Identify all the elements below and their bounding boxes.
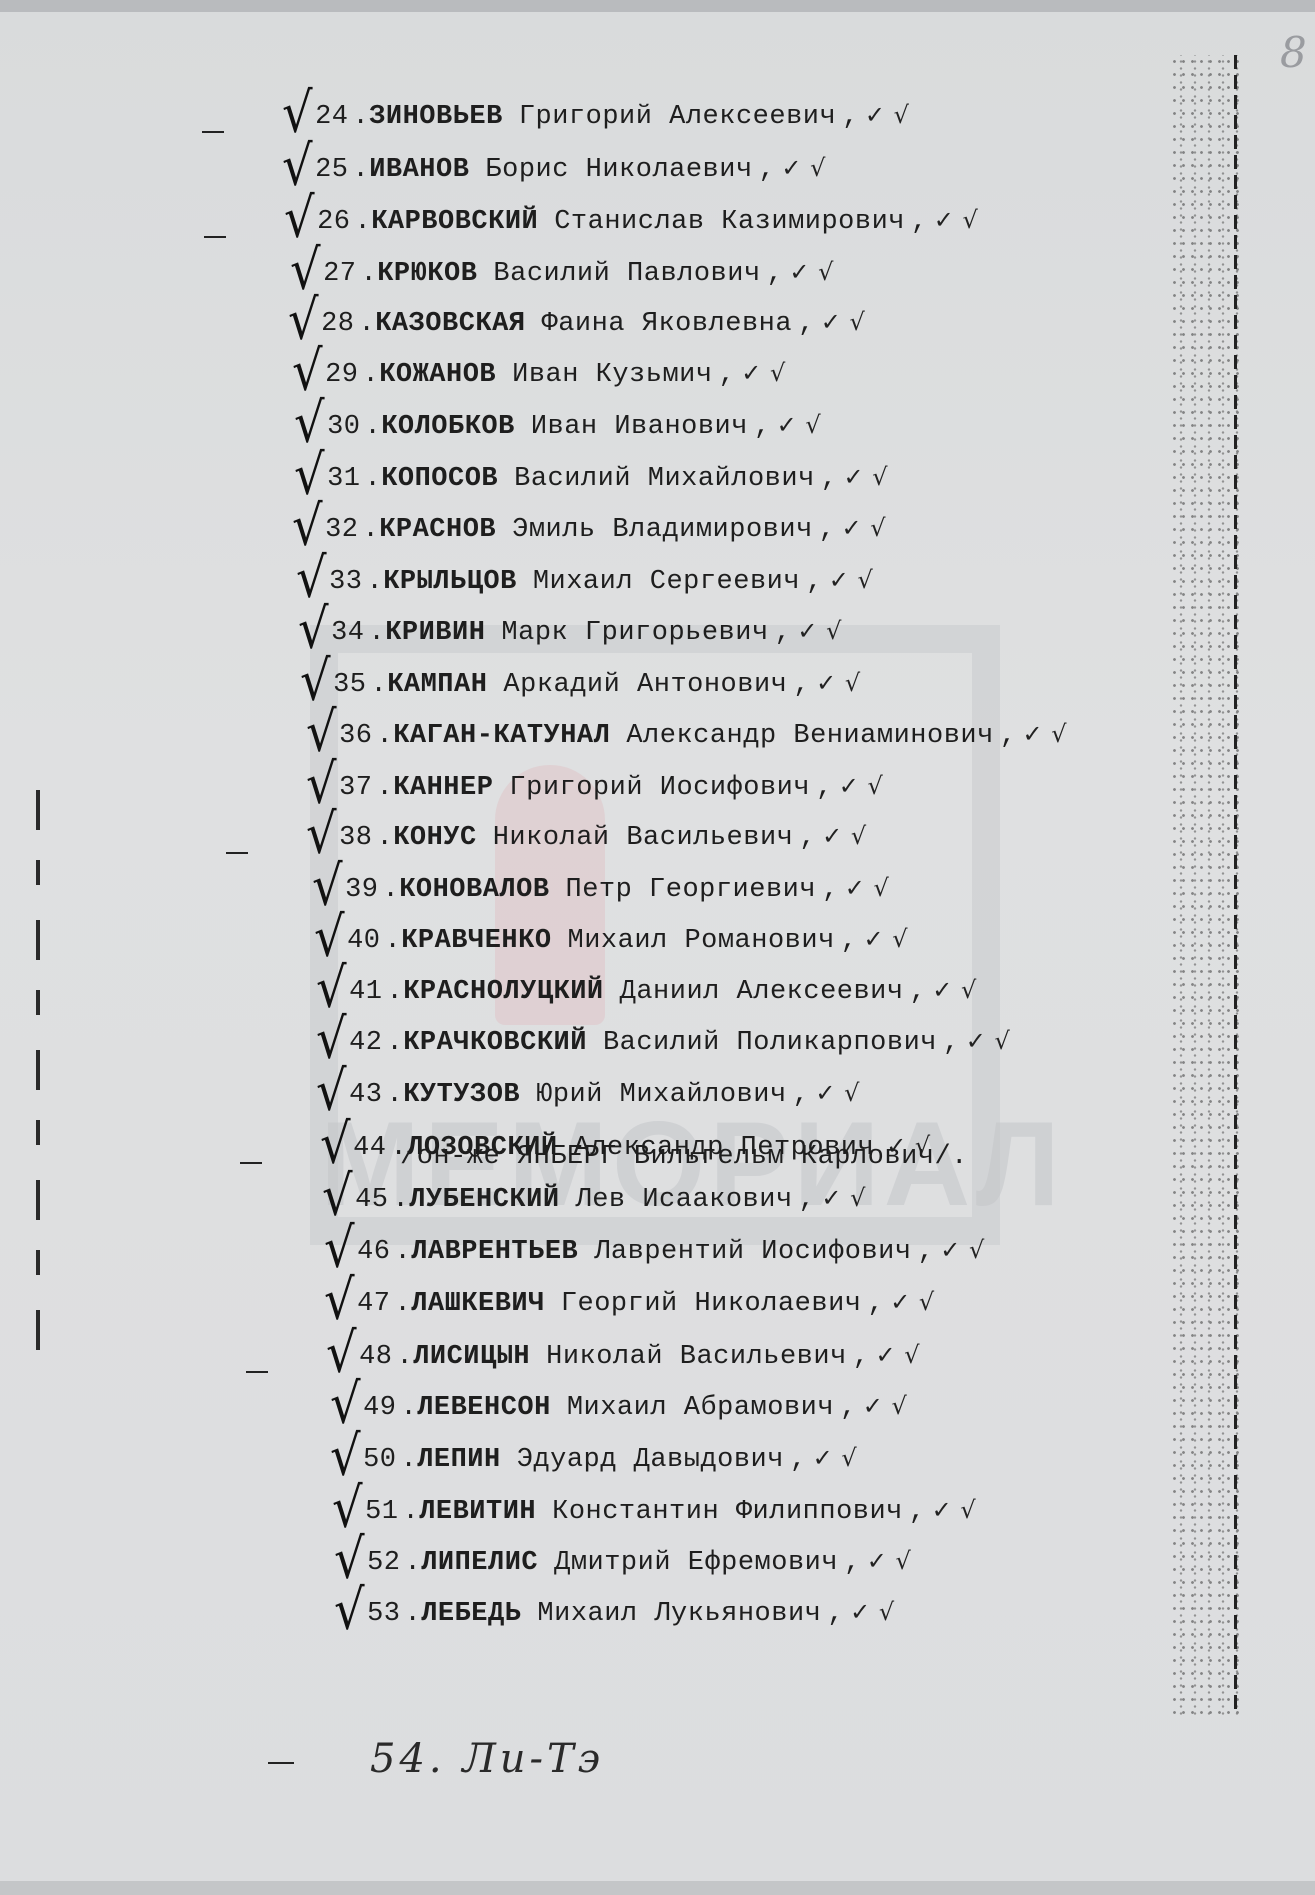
number-separator: . (403, 1497, 420, 1527)
list-item: √50.ЛЕПИНЭдуард Давыдович,✓ √ (330, 1428, 857, 1484)
list-item: √53.ЛЕБЕДЬМихаил Лукьянович,✓ √ (334, 1582, 895, 1638)
surname: КРЫЛЬЦОВ (383, 567, 517, 597)
entry-terminator: , (790, 1445, 807, 1475)
given-name-patronymic: Константин Филиппович (552, 1497, 903, 1527)
list-item: √24.ЗИНОВЬЕВГригорий Алексеевич,✓ √ (282, 85, 909, 141)
entry-number: 32 (325, 515, 358, 545)
verification-check-icon: ✓ √ (875, 1341, 920, 1369)
entry-number: 51 (365, 1497, 398, 1527)
entry-number: 50 (363, 1445, 396, 1475)
list-item: √48.ЛИСИЦЫННиколай Васильевич,✓ √ (326, 1325, 920, 1381)
list-item: √42.КРАЧКОВСКИЙВасилий Поликарпович,✓ √ (316, 1011, 1010, 1067)
verification-check-icon: ✓ √ (845, 874, 890, 902)
surname: КАМПАН (387, 670, 487, 700)
verification-check-icon: ✓ √ (815, 1079, 860, 1107)
entry-number: 36 (339, 721, 372, 751)
number-separator: . (401, 1445, 418, 1475)
list-item: √27.КРЮКОВВасилий Павлович,✓ √ (290, 242, 834, 298)
entry-terminator: , (754, 412, 771, 442)
list-item: √51.ЛЕВИТИНКонстантин Филиппович,✓ √ (332, 1480, 976, 1536)
entry-terminator: , (775, 618, 792, 648)
verification-check-icon: ✓ √ (816, 669, 861, 697)
given-name-patronymic: Дмитрий Ефремович (554, 1548, 838, 1578)
surname: КОПОСОВ (381, 464, 498, 494)
margin-dash-mark (202, 131, 224, 133)
verification-check-icon: ✓ √ (822, 822, 867, 850)
list-item: √28.КАЗОВСКАЯФаина Яковлевна,✓ √ (288, 292, 865, 348)
list-item: √32.КРАСНОВЭмиль Владимирович,✓ √ (292, 498, 886, 554)
number-separator: . (385, 926, 402, 956)
given-name-patronymic: Петр Георгиевич (566, 875, 817, 905)
entry-terminator: , (822, 875, 839, 905)
verification-check-icon: ✓ √ (741, 359, 786, 387)
list-item: √39.КОНОВАЛОВПетр Георгиевич,✓ √ (312, 858, 889, 914)
number-separator: . (355, 207, 372, 237)
given-name-patronymic: Лаврентий Иосифович (594, 1237, 911, 1267)
list-item: √43.КУТУЗОВЮрий Михайлович,✓ √ (316, 1063, 860, 1119)
number-separator: . (393, 1185, 410, 1215)
given-name-patronymic: Александр Вениаминович (626, 721, 993, 751)
verification-check-icon: ✓ √ (863, 1392, 908, 1420)
number-separator: . (365, 412, 382, 442)
entry-number: 35 (333, 670, 366, 700)
number-separator: . (387, 1028, 404, 1058)
entry-terminator: , (799, 823, 816, 853)
surname: ЛАШКЕВИЧ (411, 1289, 545, 1319)
number-separator: . (401, 1393, 418, 1423)
given-name-patronymic: Михаил Романович (568, 926, 835, 956)
list-item: √25.ИВАНОВБорис Николаевич,✓ √ (282, 138, 826, 194)
entry-terminator: , (719, 360, 736, 390)
margin-dash-mark (268, 1762, 294, 1764)
verification-check-icon: ✓ √ (932, 976, 977, 1004)
entry-number: 24 (315, 102, 348, 132)
list-item: √36.КАГАН-КАТУНАЛАлександр Вениаминович,… (306, 704, 1067, 760)
list-item: √40.КРАВЧЕНКОМихаил Романович,✓ √ (314, 909, 908, 965)
given-name-patronymic: Аркадий Антонович (503, 670, 787, 700)
given-name-patronymic: Василий Поликарпович (603, 1028, 937, 1058)
verification-check-icon: ✓ √ (829, 566, 874, 594)
entry-number: 42 (349, 1028, 382, 1058)
entry-terminator: , (918, 1237, 935, 1267)
given-name-patronymic: Григорий Иосифович (509, 773, 810, 803)
entry-terminator: , (841, 926, 858, 956)
given-name-patronymic: Василий Павлович (493, 259, 760, 289)
entry-number: 48 (359, 1342, 392, 1372)
entry-number: 27 (323, 259, 356, 289)
entry-number: 44 (353, 1133, 386, 1163)
verification-check-icon: ✓ √ (934, 206, 979, 234)
given-name-patronymic: Даниил Алексеевич (620, 977, 904, 1007)
surname: КОЖАНОВ (379, 360, 496, 390)
handwritten-entry: 54. Ли-Тэ (370, 1736, 604, 1782)
verification-check-icon: ✓ √ (821, 308, 866, 336)
surname: КРАВЧЕНКО (401, 926, 551, 956)
entry-terminator: , (827, 1599, 844, 1629)
surname: КРАЧКОВСКИЙ (403, 1028, 587, 1058)
surname: ЛЕВЕНСОН (417, 1393, 551, 1423)
entry-number: 43 (349, 1080, 382, 1110)
list-item: √38.КОНУСНиколай Васильевич,✓ √ (306, 806, 867, 862)
number-separator: . (405, 1548, 422, 1578)
entry-terminator: , (793, 670, 810, 700)
entry-terminator: , (806, 567, 823, 597)
given-name-patronymic: Иван Кузьмич (512, 360, 712, 390)
verification-check-icon: ✓ √ (789, 258, 834, 286)
entry-terminator: , (853, 1342, 870, 1372)
given-name-patronymic: Эмиль Владимирович (512, 515, 813, 545)
given-name-patronymic: Михаил Сергеевич (533, 567, 800, 597)
entry-terminator: , (819, 515, 836, 545)
given-name-patronymic: Станислав Казимирович (554, 207, 905, 237)
entry-terminator: , (909, 1497, 926, 1527)
entry-number: 33 (329, 567, 362, 597)
entry-terminator: , (910, 977, 927, 1007)
surname: ЛАВРЕНТЬЕВ (411, 1237, 578, 1267)
surname: ЛИПЕЛИС (421, 1548, 538, 1578)
entry-number: 41 (349, 977, 382, 1007)
verification-check-icon: ✓ √ (1023, 720, 1068, 748)
number-separator: . (377, 773, 394, 803)
number-separator: . (387, 977, 404, 1007)
list-item: √52.ЛИПЕЛИСДмитрий Ефремович,✓ √ (334, 1531, 911, 1587)
verification-check-icon: ✓ √ (867, 1547, 912, 1575)
entry-number: 34 (331, 618, 364, 648)
given-name-patronymic: Григорий Алексеевич (519, 102, 836, 132)
verification-check-icon: ✓ √ (839, 772, 884, 800)
surname: КАННЕР (393, 773, 493, 803)
verification-check-icon: ✓ √ (843, 463, 888, 491)
number-separator: . (353, 102, 370, 132)
surname: КОНУС (393, 823, 477, 853)
number-separator: . (387, 1080, 404, 1110)
number-separator: . (367, 567, 384, 597)
entry-number: 25 (315, 155, 348, 185)
surname: КУТУЗОВ (403, 1080, 520, 1110)
margin-dash-mark (226, 852, 248, 854)
entry-number: 45 (355, 1185, 388, 1215)
verification-check-icon: ✓ √ (863, 925, 908, 953)
given-name-patronymic: Василий Михайлович (514, 464, 815, 494)
surname: КОНОВАЛОВ (399, 875, 549, 905)
verification-check-icon: ✓ √ (966, 1027, 1011, 1055)
given-name-patronymic: Георгий Николаевич (561, 1289, 862, 1319)
verification-check-icon: ✓ √ (890, 1288, 935, 1316)
number-separator: . (397, 1342, 414, 1372)
given-name-patronymic: Михаил Лукьянович (537, 1599, 821, 1629)
entry-number: 53 (367, 1599, 400, 1629)
number-separator: . (383, 875, 400, 905)
margin-dash-mark (204, 236, 226, 238)
list-item: √29.КОЖАНОВИван Кузьмич,✓ √ (292, 343, 786, 399)
list-item: √31.КОПОСОВВасилий Михайлович,✓ √ (294, 447, 888, 503)
given-name-patronymic: Николай Васильевич (493, 823, 794, 853)
list-item: √47.ЛАШКЕВИЧГеоргий Николаевич,✓ √ (324, 1272, 935, 1328)
entry-number: 47 (357, 1289, 390, 1319)
number-separator: . (395, 1289, 412, 1319)
surname: КРИВИН (385, 618, 485, 648)
entry-number: 31 (327, 464, 360, 494)
given-name-patronymic: Николай Васильевич (546, 1342, 847, 1372)
entry-number: 28 (321, 309, 354, 339)
surname: КРЮКОВ (377, 259, 477, 289)
number-separator: . (359, 309, 376, 339)
margin-dash-mark (240, 1162, 262, 1164)
verification-check-icon: ✓ √ (940, 1236, 985, 1264)
entry-terminator: , (943, 1028, 960, 1058)
list-item: √35.КАМПАНАркадий Антонович,✓ √ (300, 653, 861, 709)
given-name-patronymic: Юрий Михайлович (536, 1080, 787, 1110)
check-mark-icon: √ (334, 1578, 365, 1642)
surname: ЛЕБЕДЬ (421, 1599, 521, 1629)
entry-terminator: , (759, 155, 776, 185)
verification-check-icon: ✓ √ (865, 101, 910, 129)
verification-check-icon: ✓ √ (781, 154, 826, 182)
surname: КАЗОВСКАЯ (375, 309, 525, 339)
given-name-patronymic: Эдуард Давыдович (517, 1445, 784, 1475)
number-separator: . (363, 360, 380, 390)
entry-terminator: , (844, 1548, 861, 1578)
entry-number: 40 (347, 926, 380, 956)
surname: КРАСНОЛУЦКИЙ (403, 977, 603, 1007)
number-separator: . (371, 670, 388, 700)
surname: КРАСНОВ (379, 515, 496, 545)
name-list: √24.ЗИНОВЬЕВГригорий Алексеевич,✓ √√25.И… (0, 0, 1315, 1895)
list-item: √34.КРИВИНМарк Григорьевич,✓ √ (298, 601, 842, 657)
margin-dash-mark (246, 1371, 268, 1373)
number-separator: . (377, 721, 394, 751)
surname: ИВАНОВ (369, 155, 469, 185)
number-separator: . (353, 155, 370, 185)
surname: ЗИНОВЬЕВ (369, 102, 503, 132)
entry-terminator: , (767, 259, 784, 289)
given-name-patronymic: Лев Исаакович (576, 1185, 793, 1215)
list-item: √44.ЛОЗОВСКИЙАлександр Петрович✓ √/он-же… (320, 1116, 931, 1172)
surname: ЛИСИЦЫН (413, 1342, 530, 1372)
entry-terminator: , (911, 207, 928, 237)
given-name-patronymic: Иван Иванович (531, 412, 748, 442)
entry-terminator: , (816, 773, 833, 803)
verification-check-icon: ✓ √ (932, 1496, 977, 1524)
list-item: √30.КОЛОБКОВИван Иванович,✓ √ (294, 395, 821, 451)
entry-number: 30 (327, 412, 360, 442)
surname: ЛЕПИН (417, 1445, 501, 1475)
entry-terminator: , (799, 1185, 816, 1215)
given-name-patronymic: Михаил Абрамович (567, 1393, 834, 1423)
list-item: √41.КРАСНОЛУЦКИЙДаниил Алексеевич,✓ √ (316, 960, 977, 1016)
verification-check-icon: ✓ √ (850, 1598, 895, 1626)
list-item: √37.КАННЕРГригорий Иосифович,✓ √ (306, 756, 883, 812)
entry-number: 37 (339, 773, 372, 803)
surname: ЛЕВИТИН (419, 1497, 536, 1527)
number-separator: . (361, 259, 378, 289)
entry-terminator: , (867, 1289, 884, 1319)
verification-check-icon: ✓ √ (821, 1184, 866, 1212)
entry-number: 39 (345, 875, 378, 905)
list-item: √46.ЛАВРЕНТЬЕВЛаврентий Иосифович,✓ √ (324, 1220, 985, 1276)
number-separator: . (363, 515, 380, 545)
given-name-patronymic: Борис Николаевич (485, 155, 752, 185)
list-item: √26.КАРВОВСКИЙСтанислав Казимирович,✓ √ (284, 190, 978, 246)
entry-number: 38 (339, 823, 372, 853)
verification-check-icon: ✓ √ (777, 411, 822, 439)
scanned-page: МЕМОРИАЛ 8 √24.ЗИНОВЬЕВГригорий Алексеев… (0, 0, 1315, 1895)
given-name-patronymic: Марк Григорьевич (501, 618, 768, 648)
entry-number: 52 (367, 1548, 400, 1578)
entry-terminator: , (842, 102, 859, 132)
surname: КАРВОВСКИЙ (371, 207, 538, 237)
entry-terminator: , (821, 464, 838, 494)
given-name-patronymic: Фаина Яковлевна (542, 309, 793, 339)
number-separator: . (405, 1599, 422, 1629)
list-item: √33.КРЫЛЬЦОВМихаил Сергеевич,✓ √ (296, 550, 873, 606)
entry-terminator: , (798, 309, 815, 339)
entry-number: 29 (325, 360, 358, 390)
surname: КАГАН-КАТУНАЛ (393, 721, 610, 751)
number-separator: . (369, 618, 386, 648)
entry-terminator: , (793, 1080, 810, 1110)
entry-number: 26 (317, 207, 350, 237)
number-separator: . (377, 823, 394, 853)
verification-check-icon: ✓ √ (797, 617, 842, 645)
number-separator: . (365, 464, 382, 494)
verification-check-icon: ✓ √ (813, 1444, 858, 1472)
entry-number: 46 (357, 1237, 390, 1267)
list-item: √45.ЛУБЕНСКИЙЛев Исаакович,✓ √ (322, 1168, 866, 1224)
entry-terminator: , (1000, 721, 1017, 751)
entry-terminator: , (840, 1393, 857, 1423)
entry-number: 49 (363, 1393, 396, 1423)
list-item: √49.ЛЕВЕНСОНМихаил Абрамович,✓ √ (330, 1376, 907, 1432)
verification-check-icon: ✓ √ (841, 514, 886, 542)
surname: ЛУБЕНСКИЙ (409, 1185, 559, 1215)
number-separator: . (395, 1237, 412, 1267)
surname: КОЛОБКОВ (381, 412, 515, 442)
